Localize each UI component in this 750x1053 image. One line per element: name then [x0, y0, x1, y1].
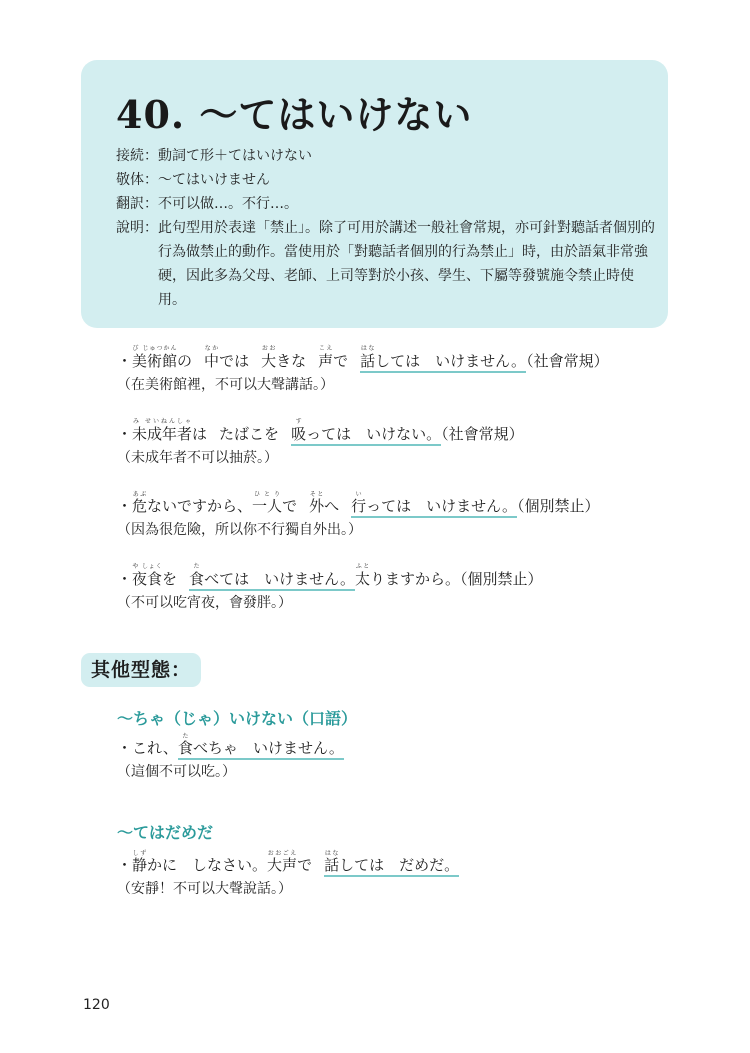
example-item: ・美術館び じゅつかんの中なかでは大おおきな声こえで話はなしては いけません。（…: [117, 345, 677, 395]
example-item: ・夜食や しょくを食たべては いけません。太ふとりますから。（個別禁止）（不可以…: [117, 563, 677, 613]
grammar-highlight: 吸すっては いけない。: [291, 425, 441, 446]
furigana-word: 話はな: [360, 352, 375, 370]
example-translation: （未成年者不可以抽菸。）: [117, 448, 677, 468]
sentence-text: これ、: [132, 739, 178, 757]
sentence-text: を: [162, 570, 177, 588]
example-sentence: ・危あぶないですから、一人ひとりで外そとへ行いっては いけません。（個別禁止）: [117, 491, 677, 516]
example-item: ・危あぶないですから、一人ひとりで外そとへ行いっては いけません。（個別禁止）（…: [117, 491, 677, 540]
grammar-highlight: 話はなしては いけません。: [360, 352, 526, 373]
example-translation: （因為很危險，所以你不行獨自外出。）: [117, 520, 677, 540]
sentence-text: へ: [324, 497, 339, 515]
furigana-reading: おお: [261, 345, 276, 352]
page-number: 120: [83, 997, 110, 1013]
other-forms-label: 其他型態：: [81, 653, 201, 687]
info-value: 不可以做…。不行…。: [158, 192, 656, 216]
example-translation: （安靜！不可以大聲說話。）: [117, 879, 677, 899]
sentence-text: で: [297, 856, 312, 874]
furigana-word: 食た: [178, 739, 193, 757]
furigana-reading: おおごえ: [267, 850, 297, 857]
sentence-text: かに しなさい。: [147, 856, 267, 874]
example-sentence: ・静しずかに しなさい。大声おおごえで話はなしては だめだ。: [117, 850, 677, 875]
furigana-word: 話はな: [324, 856, 339, 874]
furigana-reading: しず: [132, 850, 147, 857]
furigana-reading: た: [178, 733, 193, 740]
info-row-connection: 接続： 動詞て形＋てはいけない: [116, 144, 656, 168]
info-label: 說明：: [116, 216, 158, 312]
info-label: 敬体：: [116, 168, 158, 192]
grammar-highlight: 食たべては いけません。: [189, 570, 355, 591]
grammar-highlight: 話はなしては だめだ。: [324, 856, 459, 877]
info-value: 動詞て形＋てはいけない: [158, 144, 656, 168]
grammar-highlight: 食たべちゃ いけません。: [178, 739, 344, 760]
furigana-word: 夜食や しょく: [132, 570, 162, 588]
usage-tag: （社會常規）: [526, 352, 609, 370]
grammar-title: 40. ～てはいけない: [116, 84, 472, 139]
example-translation: （在美術館裡，不可以大聲講話。）: [117, 375, 677, 395]
furigana-word: 行い: [351, 497, 366, 515]
bullet-icon: ・: [117, 352, 132, 370]
grammar-info: 接続： 動詞て形＋てはいけない 敬体： ～てはいけません 翻訳： 不可以做…。不…: [116, 144, 656, 312]
furigana-word: 危あぶ: [132, 497, 147, 515]
grammar-highlight: 行いっては いけません。: [351, 497, 517, 518]
example-item: ・これ、食たべちゃ いけません。（這個不可以吃。）: [117, 733, 677, 782]
sentence-text: の: [177, 352, 192, 370]
furigana-word: 一人ひとり: [252, 497, 282, 515]
info-row-explanation: 說明： 此句型用於表達「禁止」。除了可用於講述一般社會常規，亦可針對聽話者個別的…: [116, 216, 656, 312]
furigana-reading: い: [351, 491, 366, 498]
furigana-word: 大声おおごえ: [267, 856, 297, 874]
form-heading-dame: ～てはだめだ: [117, 820, 213, 843]
bullet-icon: ・: [117, 497, 132, 515]
furigana-reading: そと: [309, 491, 324, 498]
sentence-text: は: [192, 425, 207, 443]
example-translation: （不可以吃宵夜，會發胖。）: [117, 593, 677, 613]
furigana-reading: た: [189, 563, 204, 570]
bullet-icon: ・: [117, 739, 132, 757]
furigana-word: 声こえ: [318, 352, 333, 370]
furigana-word: 未成年者み せいねんしゃ: [132, 425, 192, 443]
info-row-polite: 敬体： ～てはいけません: [116, 168, 656, 192]
info-row-translation: 翻訳： 不可以做…。不行…。: [116, 192, 656, 216]
example-sentence: ・夜食や しょくを食たべては いけません。太ふとりますから。（個別禁止）: [117, 563, 677, 589]
info-label: 接続：: [116, 144, 158, 168]
furigana-reading: なか: [204, 345, 219, 352]
furigana-reading: はな: [324, 850, 339, 857]
usage-tag: （社會常規）: [441, 425, 524, 443]
sentence-text: で: [282, 497, 297, 515]
furigana-reading: び じゅつかん: [132, 345, 177, 352]
furigana-word: 太ふと: [355, 570, 370, 588]
furigana-reading: はな: [360, 345, 375, 352]
furigana-reading: ふと: [355, 563, 370, 570]
example-sentence: ・未成年者み せいねんしゃはたばこを吸すっては いけない。（社會常規）: [117, 418, 677, 444]
usage-tag: （個別禁止）: [517, 497, 600, 515]
furigana-reading: や しょく: [132, 563, 162, 570]
example-sentence: ・これ、食たべちゃ いけません。: [117, 733, 677, 758]
furigana-reading: あぶ: [132, 491, 147, 498]
info-value: 此句型用於表達「禁止」。除了可用於講述一般社會常規，亦可針對聽話者個別的行為做禁…: [158, 216, 656, 312]
example-item: ・未成年者み せいねんしゃはたばこを吸すっては いけない。（社會常規）（未成年者…: [117, 418, 677, 468]
furigana-word: 外そと: [309, 497, 324, 515]
sentence-text: たばこを: [219, 425, 279, 443]
furigana-reading: み せいねんしゃ: [132, 418, 192, 425]
form-heading-colloquial: ～ちゃ（じゃ）いけない（口語）: [117, 706, 357, 729]
furigana-reading: ひとり: [252, 491, 282, 498]
example-translation: （這個不可以吃。）: [117, 762, 677, 782]
sentence-text: りますから。: [370, 570, 460, 588]
furigana-reading: こえ: [318, 345, 333, 352]
furigana-reading: す: [291, 418, 306, 425]
sentence-text: きな: [276, 352, 306, 370]
furigana-word: 中なか: [204, 352, 219, 370]
example-sentence: ・美術館び じゅつかんの中なかでは大おおきな声こえで話はなしては いけません。（…: [117, 345, 677, 371]
bullet-icon: ・: [117, 570, 132, 588]
sentence-text: では: [219, 352, 249, 370]
furigana-word: 静しず: [132, 856, 147, 874]
usage-tag: （個別禁止）: [460, 570, 543, 588]
furigana-word: 美術館び じゅつかん: [132, 352, 177, 370]
furigana-word: 大おお: [261, 352, 276, 370]
bullet-icon: ・: [117, 856, 132, 874]
furigana-word: 吸す: [291, 425, 306, 443]
sentence-text: ないですから、: [147, 497, 252, 515]
bullet-icon: ・: [117, 425, 132, 443]
sentence-text: で: [333, 352, 348, 370]
furigana-word: 食た: [189, 570, 204, 588]
info-label: 翻訳：: [116, 192, 158, 216]
example-item: ・静しずかに しなさい。大声おおごえで話はなしては だめだ。（安靜！不可以大聲說…: [117, 850, 677, 899]
info-value: ～てはいけません: [158, 168, 656, 192]
